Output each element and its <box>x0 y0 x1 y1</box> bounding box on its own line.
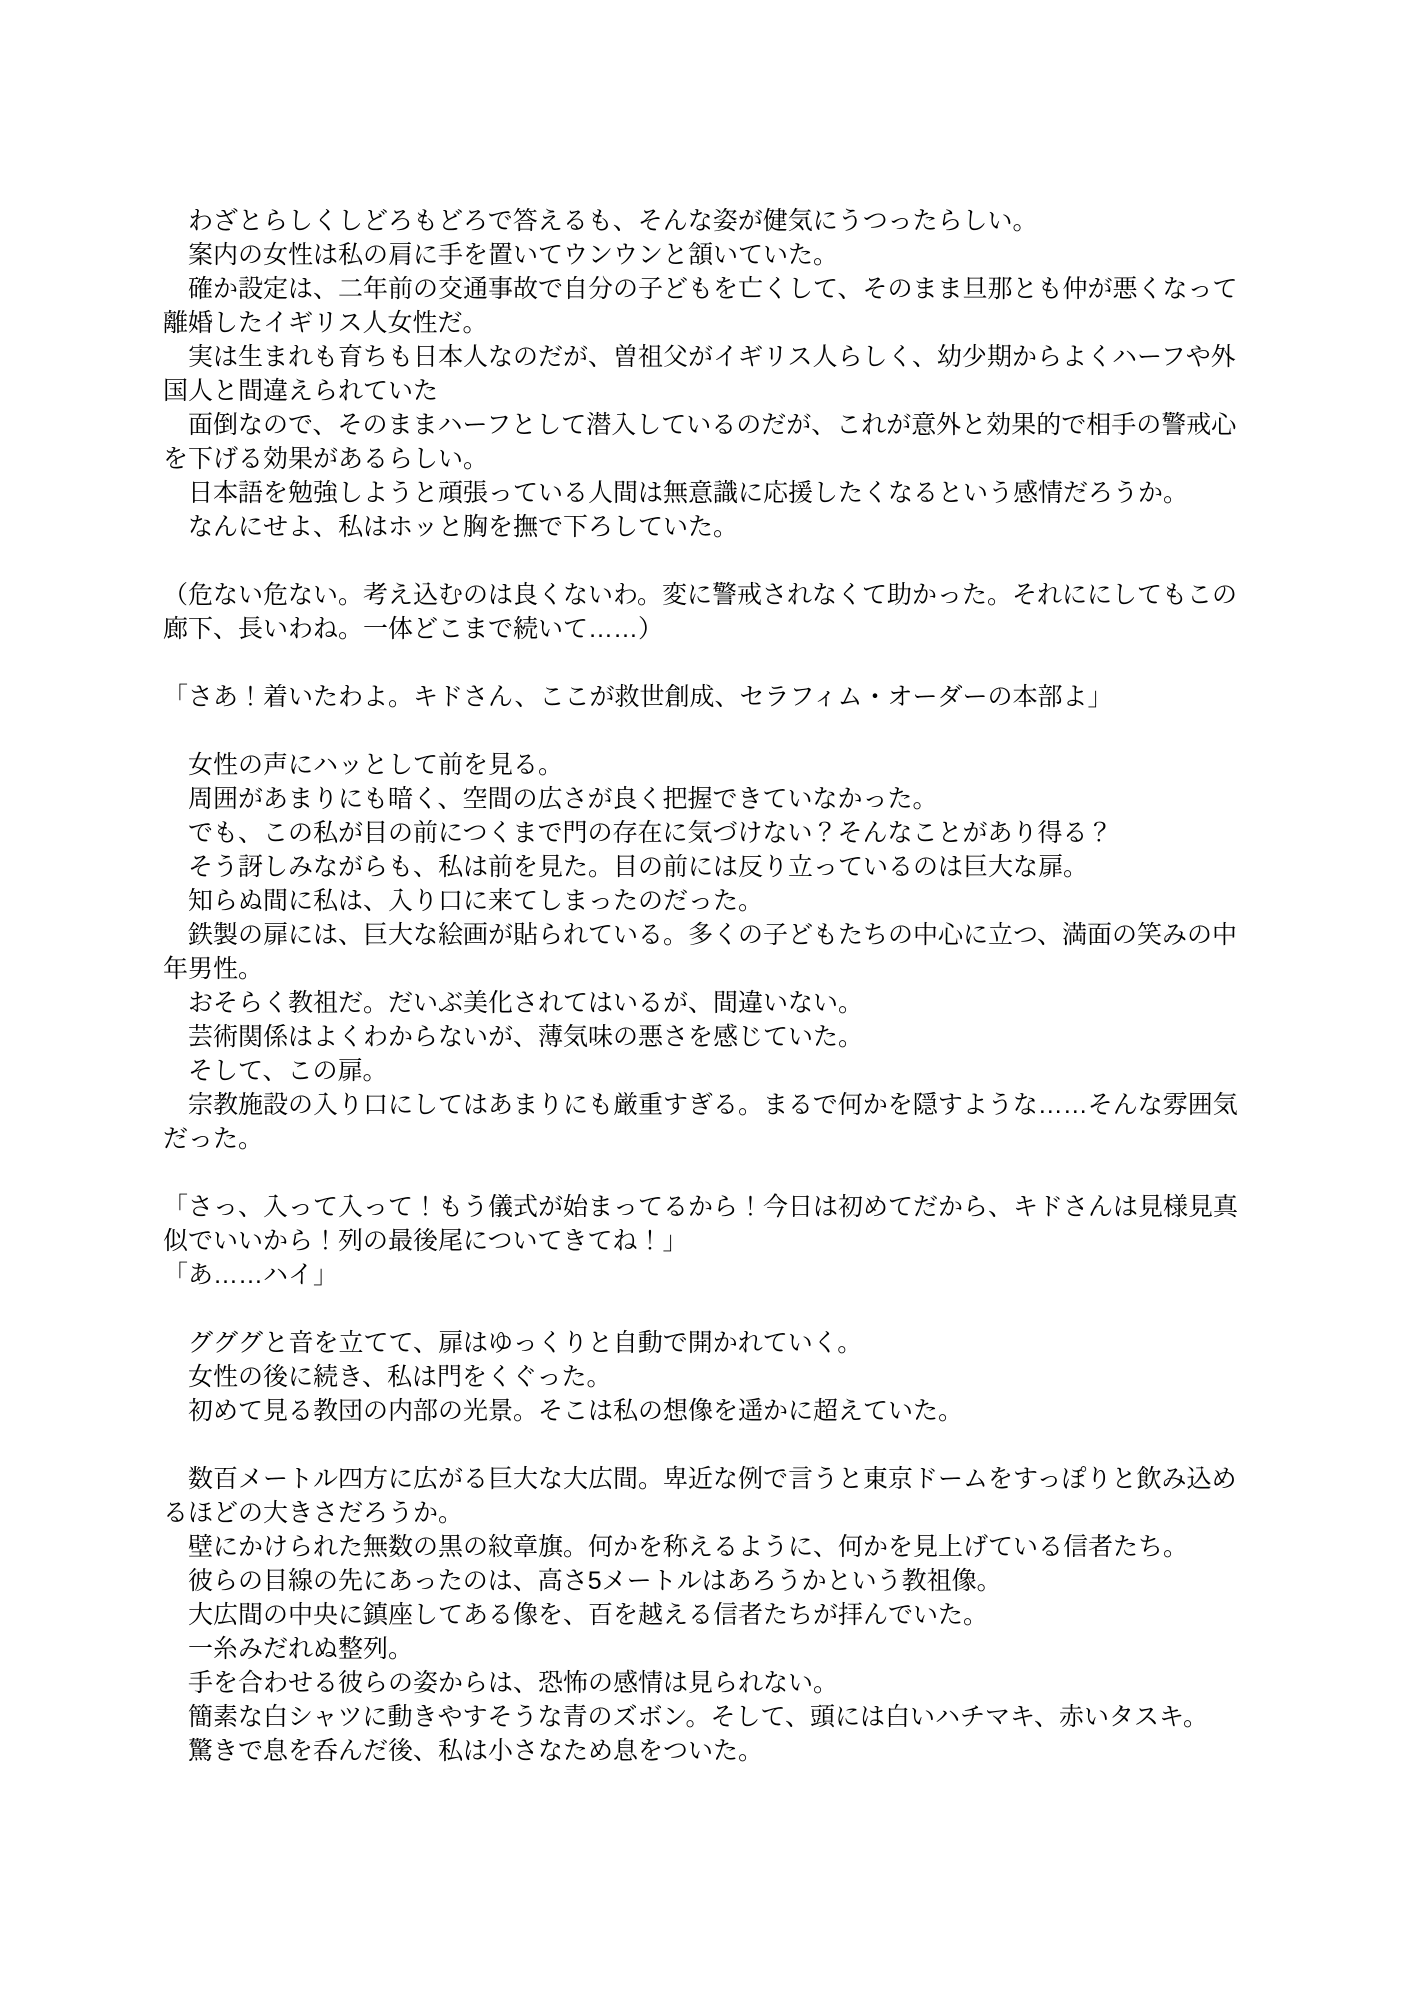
paragraph: でも、この私が目の前につくまで門の存在に気づけない？そんなことがあり得る？ <box>163 816 1245 850</box>
paragraph: 初めて見る教団の内部の光景。そこは私の想像を遥かに超えていた。 <box>163 1394 1245 1428</box>
paragraph: （危ない危ない。考え込むのは良くないわ。変に警戒されなくて助かった。それににして… <box>163 578 1245 646</box>
paragraph: 手を合わせる彼らの姿からは、恐怖の感情は見られない。 <box>163 1666 1245 1700</box>
paragraph: 彼らの目線の先にあったのは、高さ5メートルはあろうかという教祖像。 <box>163 1564 1245 1598</box>
paragraph: 女性の後に続き、私は門をくぐった。 <box>163 1360 1245 1394</box>
paragraph: 「さあ！着いたわよ。キドさん、ここが救世創成、セラフィム・オーダーの本部よ」 <box>163 680 1245 714</box>
paragraph: そう訝しみながらも、私は前を見た。目の前には反り立っているのは巨大な扉。 <box>163 850 1245 884</box>
paragraph: 驚きで息を呑んだ後、私は小さなため息をついた。 <box>163 1734 1245 1768</box>
paragraph: 数百メートル四方に広がる巨大な大広間。卑近な例で言うと東京ドームをすっぽりと飲み… <box>163 1462 1245 1530</box>
paragraph: 簡素な白シャツに動きやすそうな青のズボン。そして、頭には白いハチマキ、赤いタスキ… <box>163 1700 1245 1734</box>
paragraph: なんにせよ、私はホッと胸を撫で下ろしていた。 <box>163 510 1245 544</box>
paragraph: 日本語を勉強しようと頑張っている人間は無意識に応援したくなるという感情だろうか。 <box>163 476 1245 510</box>
paragraph: 確か設定は、二年前の交通事故で自分の子どもを亡くして、そのまま旦那とも仲が悪くな… <box>163 272 1245 340</box>
paragraph: 面倒なので、そのままハーフとして潜入しているのだが、これが意外と効果的で相手の警… <box>163 408 1245 476</box>
paragraph: 実は生まれも育ちも日本人なのだが、曽祖父がイギリス人らしく、幼少期からよくハーフ… <box>163 340 1245 408</box>
paragraph: おそらく教祖だ。だいぶ美化されてはいるが、間違いない。 <box>163 986 1245 1020</box>
document-text-body: わざとらしくしどろもどろで答えるも、そんな姿が健気にうつったらしい。 案内の女性… <box>163 204 1245 1768</box>
paragraph: 「あ……ハイ」 <box>163 1258 1245 1292</box>
paragraph: 鉄製の扉には、巨大な絵画が貼られている。多くの子どもたちの中心に立つ、満面の笑み… <box>163 918 1245 986</box>
paragraph: 「さっ、入って入って！もう儀式が始まってるから！今日は初めてだから、キドさんは見… <box>163 1190 1245 1258</box>
paragraph: わざとらしくしどろもどろで答えるも、そんな姿が健気にうつったらしい。 <box>163 204 1245 238</box>
paragraph: 知らぬ間に私は、入り口に来てしまったのだった。 <box>163 884 1245 918</box>
paragraph: 一糸みだれぬ整列。 <box>163 1632 1245 1666</box>
document-page: わざとらしくしどろもどろで答えるも、そんな姿が健気にうつったらしい。 案内の女性… <box>0 0 1414 2000</box>
paragraph: そして、この扉。 <box>163 1054 1245 1088</box>
paragraph: 壁にかけられた無数の黒の紋章旗。何かを称えるように、何かを見上げている信者たち。 <box>163 1530 1245 1564</box>
paragraph: 芸術関係はよくわからないが、薄気味の悪さを感じていた。 <box>163 1020 1245 1054</box>
paragraph: 宗教施設の入り口にしてはあまりにも厳重すぎる。まるで何かを隠すような……そんな雰… <box>163 1088 1245 1156</box>
paragraph: グググと音を立てて、扉はゆっくりと自動で開かれていく。 <box>163 1326 1245 1360</box>
paragraph: 女性の声にハッとして前を見る。 <box>163 748 1245 782</box>
paragraph: 周囲があまりにも暗く、空間の広さが良く把握できていなかった。 <box>163 782 1245 816</box>
paragraph: 案内の女性は私の肩に手を置いてウンウンと頷いていた。 <box>163 238 1245 272</box>
paragraph: 大広間の中央に鎮座してある像を、百を越える信者たちが拝んでいた。 <box>163 1598 1245 1632</box>
